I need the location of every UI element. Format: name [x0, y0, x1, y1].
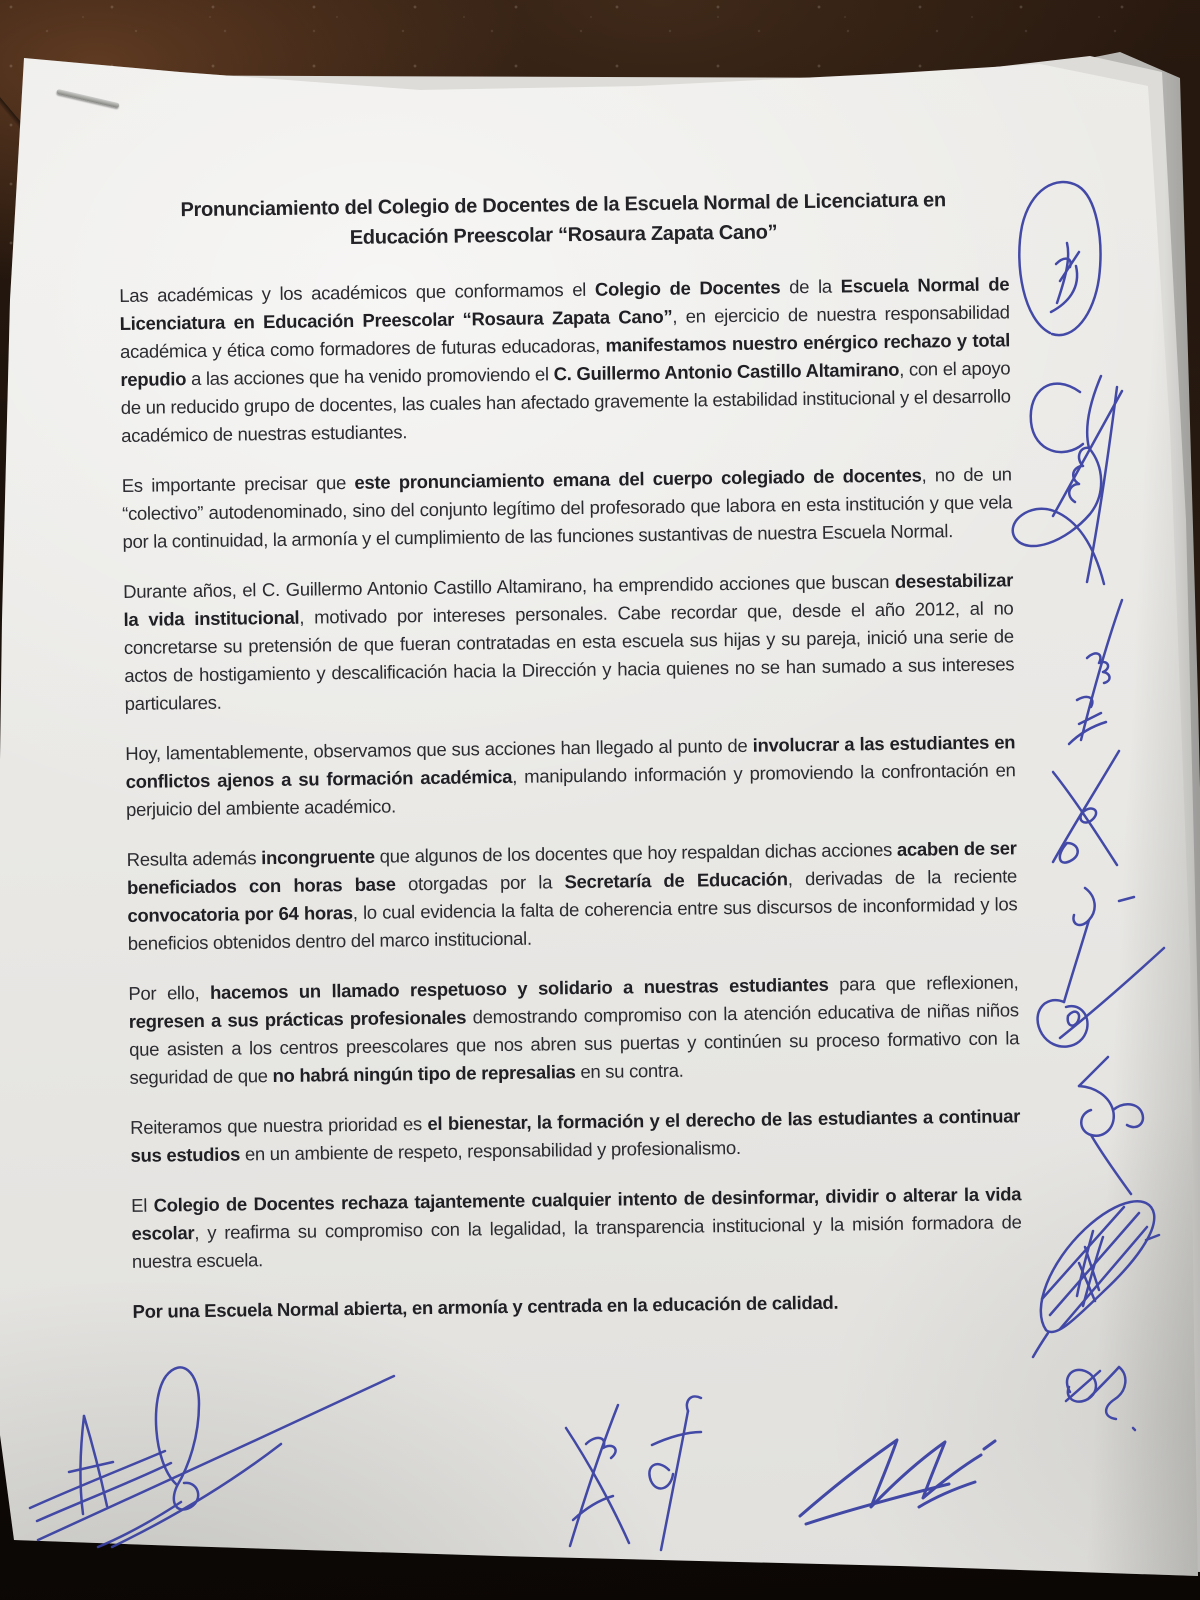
text-run: Las académicas y los académicos que conf…	[119, 279, 595, 306]
bold-text-run: este pronunciamiento emana del cuerpo co…	[354, 465, 921, 493]
text-run: en su contra.	[575, 1060, 683, 1082]
document-paragraph: Las académicas y los académicos que conf…	[119, 270, 1011, 450]
bold-text-run: incongruente	[261, 846, 375, 868]
text-run: Reiteramos que nuestra prioridad es	[130, 1113, 428, 1138]
bold-text-run: Por una Escuela Normal abierta, en armon…	[132, 1292, 838, 1322]
text-run: El	[131, 1195, 154, 1216]
bold-text-run: Colegio de Docentes	[595, 276, 781, 299]
document-paragraph: Resulta además incongruente que algunos …	[127, 834, 1018, 958]
text-run: Es importante precisar que	[122, 472, 355, 496]
document-paragraph: Es importante precisar que este pronunci…	[122, 460, 1013, 556]
photo-scene: Pronunciamiento del Colegio de Docentes …	[0, 0, 1200, 1600]
document-paragraph: Por ello, hacemos un llamado respetuoso …	[128, 968, 1019, 1092]
document-paragraph: Por una Escuela Normal abierta, en armon…	[132, 1286, 1022, 1326]
text-run: Resulta además	[127, 847, 262, 870]
bold-text-run: Secretaría de Educación	[564, 868, 787, 892]
text-run: para que reflexionen,	[828, 971, 1018, 994]
bold-text-run: no habrá ningún tipo de represalias	[272, 1061, 575, 1086]
text-run: de la	[780, 276, 841, 298]
text-run: en un ambiente de respeto, responsabilid…	[240, 1137, 741, 1165]
text-run: Por ello,	[128, 982, 210, 1004]
text-run: Hoy, lamentablemente, observamos que sus…	[125, 735, 753, 764]
text-run: , derivadas de la reciente	[788, 865, 1018, 889]
text-run: otorgadas por la	[396, 871, 565, 894]
document-paragraph: Hoy, lamentablemente, observamos que sus…	[125, 728, 1016, 824]
document-paragraph: Reiteramos que nuestra prioridad es el b…	[130, 1102, 1021, 1170]
text-run: a las acciones que ha venido promoviendo…	[186, 363, 554, 389]
text-run: , y reafirma su compromiso con la legali…	[132, 1211, 1022, 1272]
bold-text-run: C. Guillermo Antonio Castillo Altamirano	[553, 359, 899, 385]
bold-text-run: regresen a sus prácticas profesionales	[129, 1007, 467, 1032]
document-body: Las académicas y los académicos que conf…	[119, 270, 1023, 1326]
document-paragraph: Durante años, el C. Guillermo Antonio Ca…	[123, 566, 1015, 718]
document-text: Pronunciamiento del Colegio de Docentes …	[118, 184, 1023, 1348]
bold-text-run: convocatoria por 64 horas	[127, 902, 353, 926]
bold-text-run: hacemos un llamado respetuoso y solidari…	[210, 974, 829, 1003]
text-run: que algunos de los docentes que hoy resp…	[375, 839, 897, 867]
document-paragraph: El Colegio de Docentes rechaza tajanteme…	[131, 1180, 1022, 1276]
document-title: Pronunciamiento del Colegio de Docentes …	[118, 184, 1009, 256]
text-run: Durante años, el C. Guillermo Antonio Ca…	[123, 571, 895, 602]
